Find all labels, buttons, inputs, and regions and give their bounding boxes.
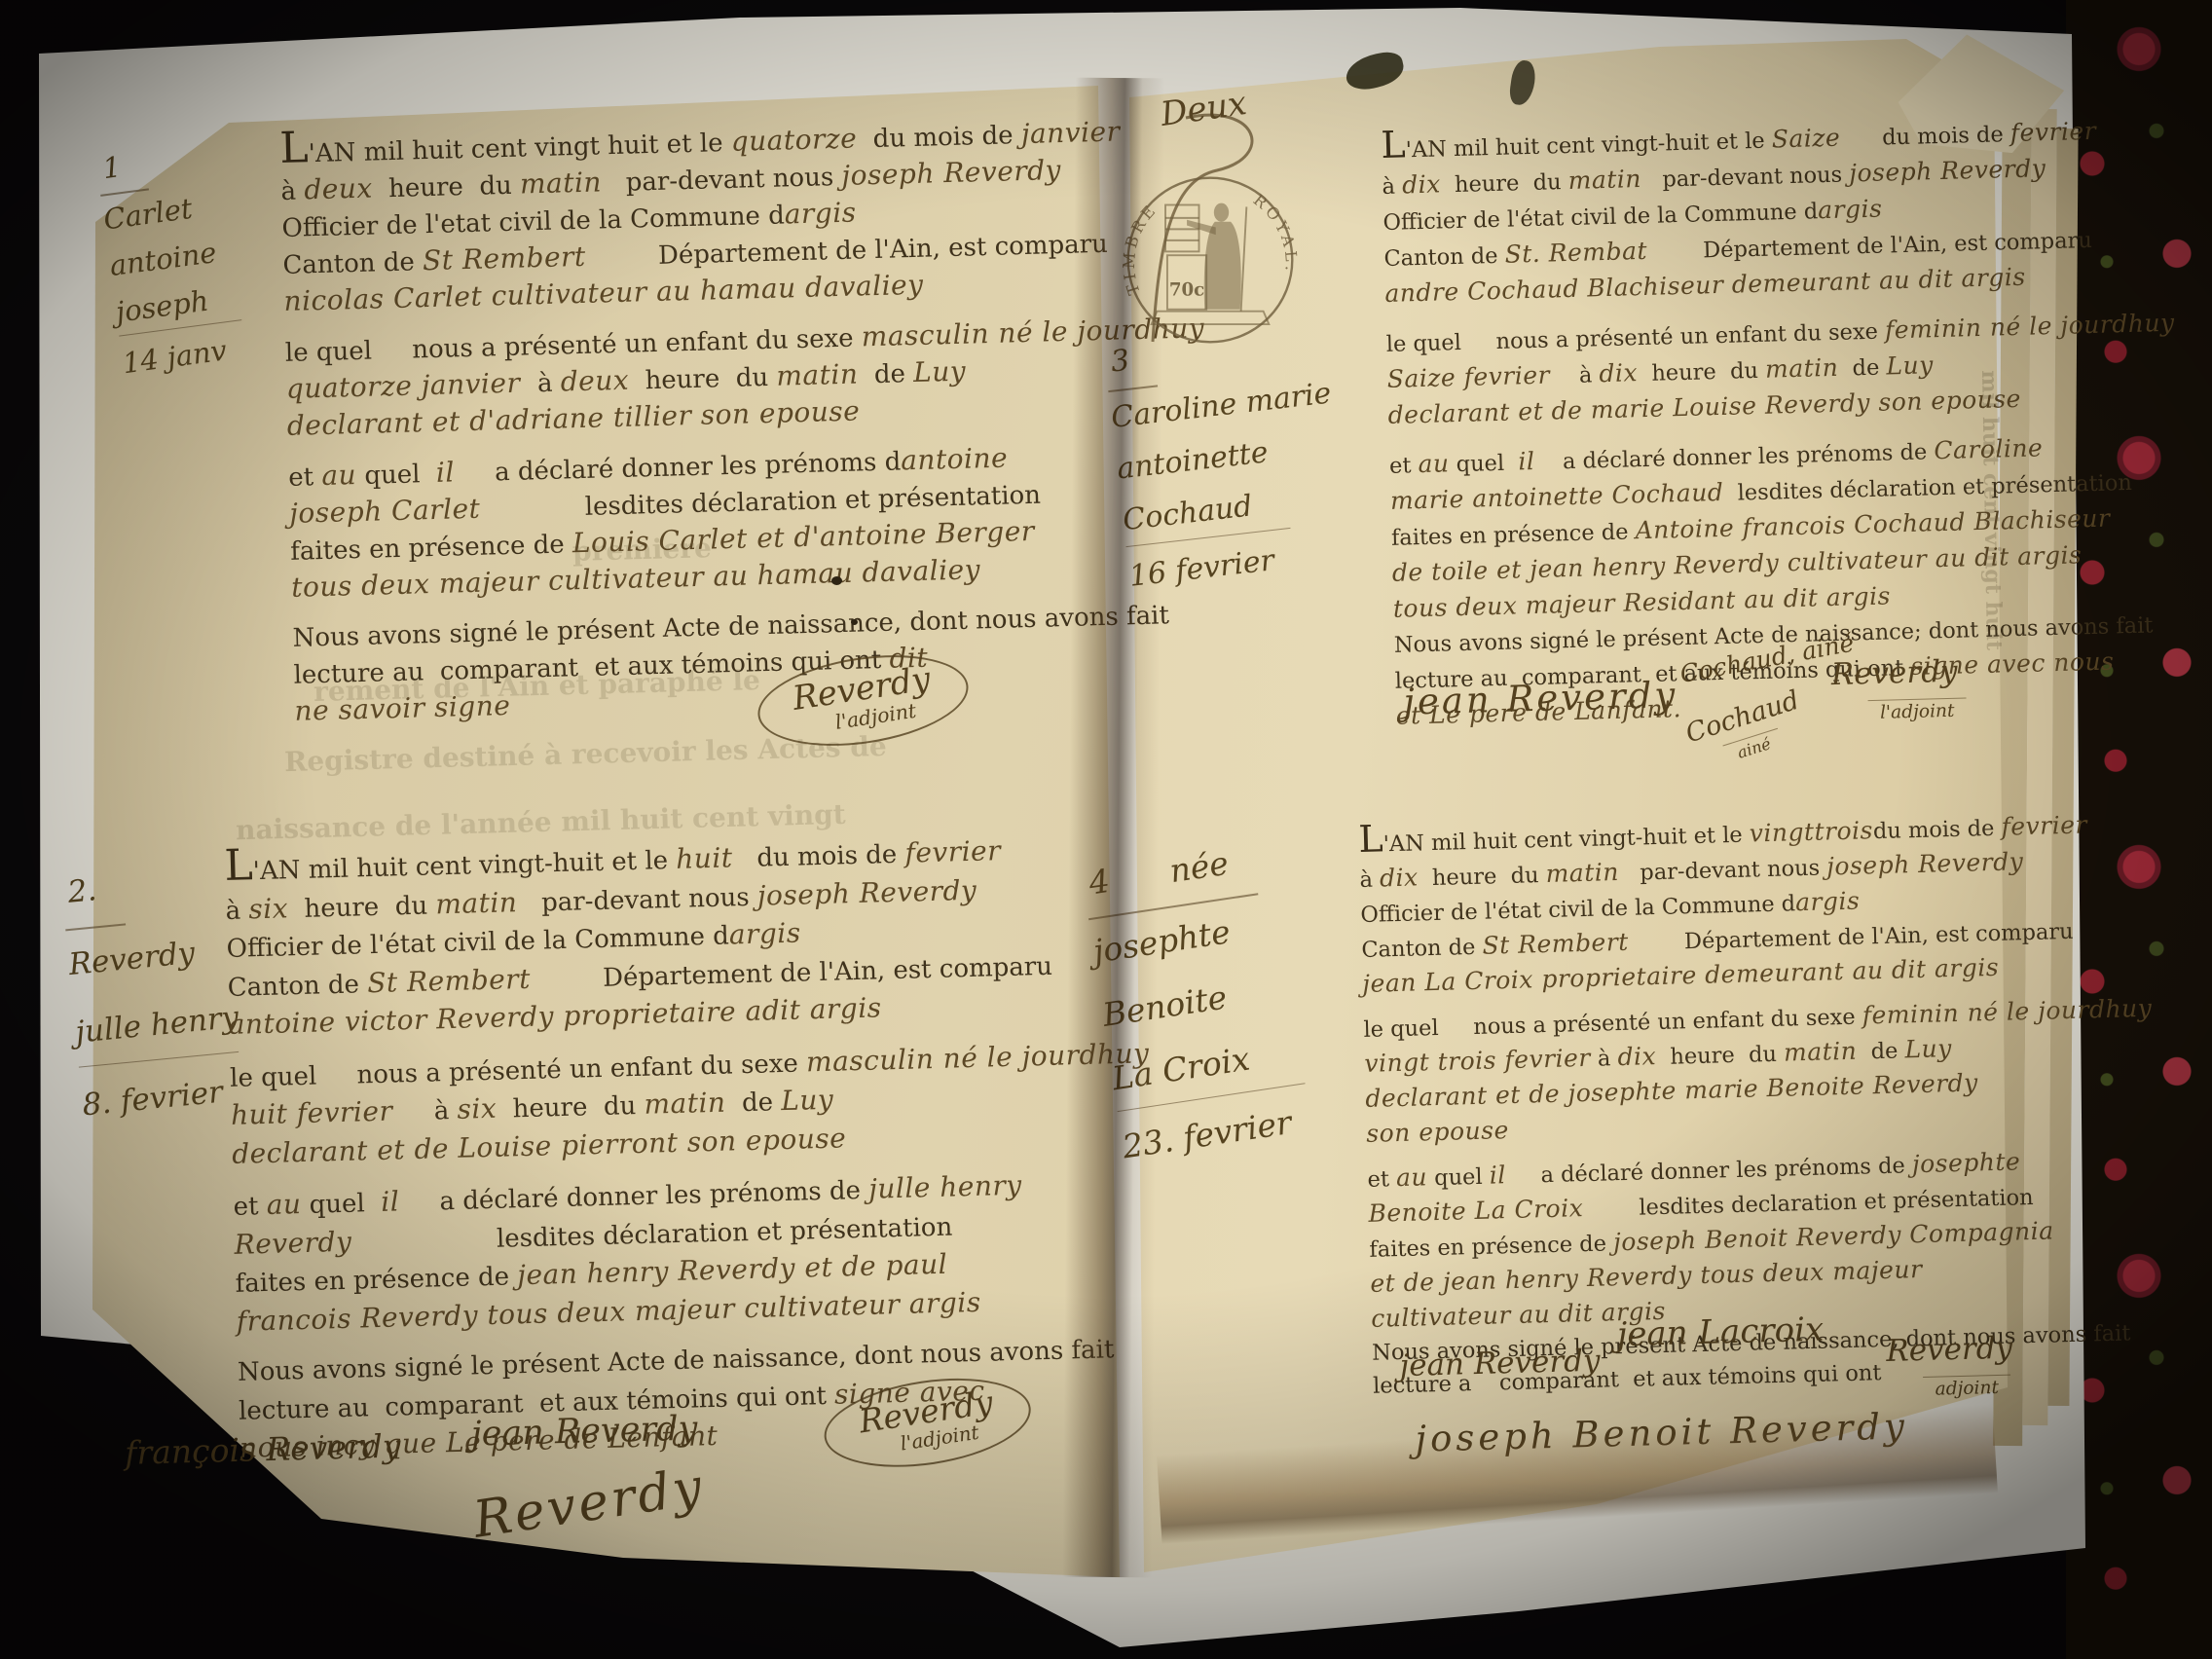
printed-form-text: a déclaré donner les prénoms de: [1534, 439, 1935, 475]
register-entry: 2.Reverdyjulle henry8. fevrierL'AN mil h…: [224, 829, 1038, 1470]
printed-form-text: a déclaré donner les prénoms d: [454, 447, 901, 488]
handwritten-text: joseph Reverdy: [1826, 847, 2024, 880]
handwritten-text: Benoite La Croix: [1368, 1194, 1583, 1228]
handwritten-text: quatorze janvier: [285, 366, 530, 405]
printed-form-text: Canton de: [227, 970, 367, 1003]
act-text: L'AN mil huit cent vingt huit et le quat…: [279, 112, 1084, 732]
handwritten-text: matin: [1765, 353, 1839, 384]
printed-form-text: heure du: [372, 171, 520, 204]
printed-form-text: 'AN mil huit cent vingt huit et le: [308, 129, 731, 168]
printed-form-text: par-devant nous: [602, 163, 842, 198]
printed-form-text: du mois de: [857, 121, 1021, 154]
printed-form-text: par-devant nous: [517, 882, 757, 917]
handwritten-text: St Rembert: [367, 962, 531, 998]
printed-form-text: heure du: [1440, 169, 1568, 198]
handwritten-text: matin: [776, 358, 859, 392]
handwritten-text: dix: [1402, 169, 1441, 199]
register-photo: premiererement de l'Ain et paraphé leReg…: [0, 0, 2212, 1659]
handwritten-text: argis: [728, 917, 801, 951]
printed-form-text: du mois de: [1873, 816, 2002, 844]
handwritten-text: matin: [1545, 858, 1619, 888]
handwritten-text: joseph Reverdy: [1849, 154, 2046, 187]
printed-form-text: Canton de: [282, 247, 423, 280]
margin-note: 2.Reverdyjulle henry8. fevrier: [58, 844, 248, 1140]
printed-form-text: à: [1382, 173, 1402, 200]
printed-form-text: heure du: [497, 1091, 645, 1124]
handwritten-text: deux: [560, 364, 629, 398]
printed-form-text: de: [1857, 1038, 1905, 1064]
drop-cap: L: [279, 123, 310, 173]
handwritten-text: deux: [304, 172, 373, 206]
printed-form-text: Officier de l'état civil de la Commune d: [226, 921, 729, 964]
handwritten-text: vingttrois: [1749, 816, 1873, 847]
printed-form-text: faites en présence de: [1369, 1231, 1613, 1263]
printed-form-text: Canton de: [1383, 243, 1505, 272]
act-text: L'AN mil huit cent vingt-huit et le Saiz…: [1381, 112, 2019, 736]
handwritten-text: matin: [1784, 1037, 1858, 1067]
handwritten-text: antoine: [901, 442, 1009, 477]
handwritten-text: Luy: [913, 355, 967, 388]
register-entry: 3Caroline marieantoinetteCochaud16 fevri…: [1381, 112, 2019, 736]
handwritten-text: il: [1489, 1161, 1506, 1189]
handwritten-text: marie antoinette Cochaud: [1390, 478, 1724, 515]
printed-form-text: heure du: [288, 891, 436, 924]
drop-cap: L: [224, 840, 254, 891]
handwritten-text: julle henry: [868, 1169, 1022, 1205]
handwritten-text: joseph Reverdy: [841, 154, 1061, 192]
printed-form-text: heure du: [1638, 358, 1766, 387]
handwritten-text: Reverdy: [234, 1225, 351, 1260]
drop-cap: L: [1381, 123, 1406, 166]
handwritten-text: St Rembert: [1482, 928, 1629, 960]
printed-form-text: à: [1590, 1046, 1617, 1072]
printed-form-text: à: [529, 369, 561, 399]
printed-form-text: et: [1389, 453, 1419, 479]
handwritten-text: ne savoir signe: [294, 689, 511, 727]
printed-form-text: Canton de: [1361, 935, 1483, 963]
handwritten-text: joseph Reverdy: [756, 873, 977, 911]
signature: françois Reverdy: [125, 1426, 401, 1471]
printed-form-text: faites en présence de: [1391, 519, 1636, 551]
margin-line: 2.: [58, 854, 125, 932]
printed-form-text: a déclaré donner les prénoms de: [1505, 1153, 1912, 1189]
handwritten-text: il: [436, 456, 456, 488]
handwritten-text: fevrier: [2001, 810, 2087, 840]
handwritten-text: au: [266, 1188, 302, 1221]
printed-form-text: quel: [1449, 450, 1519, 477]
printed-form-text: et: [288, 462, 322, 493]
handwritten-text: il: [1518, 447, 1535, 475]
margin-line: 8. fevrier: [79, 1051, 245, 1139]
signature: jean Lacroix: [1616, 1310, 1824, 1355]
signature: Reverdyl'adjoint: [1830, 653, 1966, 727]
margin-line: 1: [94, 140, 150, 197]
printed-form-text: heure du: [1418, 863, 1546, 891]
handwritten-text: au: [321, 459, 357, 492]
register-entry: 1Carletantoinejoseph14 janvL'AN mil huit…: [279, 112, 1084, 732]
printed-form-text: a déclaré donner les prénoms de: [399, 1176, 869, 1218]
printed-form-text: à: [1558, 362, 1600, 388]
handwritten-text: huit fevrier: [231, 1094, 402, 1131]
printed-form-text: quel: [1427, 1164, 1490, 1192]
handwritten-text: fevrier: [2009, 117, 2096, 147]
printed-form-text: de: [858, 359, 914, 389]
handwritten-text: au: [1418, 449, 1450, 478]
handwritten-text: matin: [435, 886, 518, 920]
printed-form-text: par-devant nous: [1641, 162, 1850, 193]
handwritten-text: dix: [1380, 863, 1419, 892]
printed-form-text: Officier de l'état civil de la Commune d: [1382, 199, 1818, 236]
signature: jean Reverdy: [470, 1409, 698, 1454]
printed-form-text: heure du: [629, 363, 777, 396]
svg-text:70c: 70c: [1169, 279, 1204, 300]
handwritten-text: matin: [520, 166, 603, 200]
handwritten-text: Caroline: [1934, 433, 2044, 464]
handwritten-text: fevrier: [904, 834, 1001, 869]
handwritten-text: argis: [1795, 887, 1861, 917]
handwritten-text: St Rembert: [423, 240, 586, 276]
printed-form-text: et: [1367, 1166, 1396, 1193]
printed-form-text: à: [225, 896, 249, 926]
printed-form-text: faites en présence de: [235, 1262, 517, 1299]
signature: jean Reverdy: [1399, 1344, 1601, 1383]
printed-form-text: de: [1838, 354, 1887, 381]
ink-stain: [831, 576, 842, 585]
handwritten-text: Luy: [1886, 350, 1934, 380]
ink-stain: [851, 619, 858, 625]
handwritten-text: argis: [784, 197, 857, 231]
handwritten-text: argis: [1818, 195, 1883, 225]
printed-form-text: à: [280, 176, 305, 206]
printed-form-text: 'AN mil huit cent vingt-huit et le: [1405, 128, 1772, 163]
drop-cap: L: [1358, 817, 1383, 861]
act-text: L'AN mil huit cent vingt-huit et le huit…: [224, 829, 1038, 1470]
handwritten-text: matin: [644, 1087, 726, 1121]
handwritten-text: dix: [1617, 1042, 1656, 1071]
handwritten-text: Luy: [1904, 1034, 1952, 1063]
handwritten-text: au: [1396, 1162, 1428, 1192]
register-entry: 4 néejosephteBenoiteLa Croix23. fevrierL…: [1358, 807, 2006, 1404]
printed-form-text: par-devant nous: [1619, 855, 1827, 886]
printed-form-text: quel: [356, 460, 437, 491]
svg-text:ROYAL.: ROYAL.: [1250, 191, 1299, 276]
printed-form-text: 'AN mil huit cent vingt-huit et le: [252, 846, 676, 886]
printed-form-text: heure du: [1656, 1042, 1785, 1070]
handwritten-text: Luy: [781, 1084, 834, 1117]
handwritten-text: Saize fevrier: [1386, 360, 1558, 393]
handwritten-text: dix: [1599, 358, 1638, 387]
printed-form-text: du mois de: [1840, 122, 2010, 152]
printed-form-text: à: [1359, 866, 1380, 893]
handwritten-text: josephte: [1911, 1147, 2020, 1178]
signature: jean Reverdy: [1403, 674, 1678, 722]
handwritten-text: six: [457, 1092, 497, 1125]
handwritten-text: St. Rembat: [1504, 237, 1647, 269]
printed-form-text: de: [725, 1088, 782, 1118]
signature: Reverdyadjoint: [1886, 1331, 2014, 1404]
printed-form-text: du mois de: [732, 840, 905, 874]
printed-form-text: à: [401, 1096, 458, 1126]
handwritten-text: il: [381, 1185, 400, 1217]
printed-form-text: quel: [301, 1189, 382, 1220]
handwritten-text: son epouse: [1366, 1116, 1509, 1148]
printed-form-text: 'AN mil huit cent vingt-huit et le: [1382, 822, 1750, 857]
handwritten-text: Saize: [1771, 124, 1840, 154]
handwritten-text: joseph Carlet: [289, 493, 481, 530]
book-gutter-shadow: [1062, 78, 1164, 1578]
printed-form-text: et: [233, 1192, 267, 1222]
handwritten-text: matin: [1567, 165, 1641, 195]
handwritten-text: huit: [676, 841, 733, 875]
handwritten-text: quatorze: [730, 122, 857, 157]
handwritten-text: vingt trois fevrier: [1364, 1044, 1591, 1078]
handwritten-text: six: [248, 892, 288, 925]
printed-form-text: faites en présence de: [290, 530, 572, 567]
